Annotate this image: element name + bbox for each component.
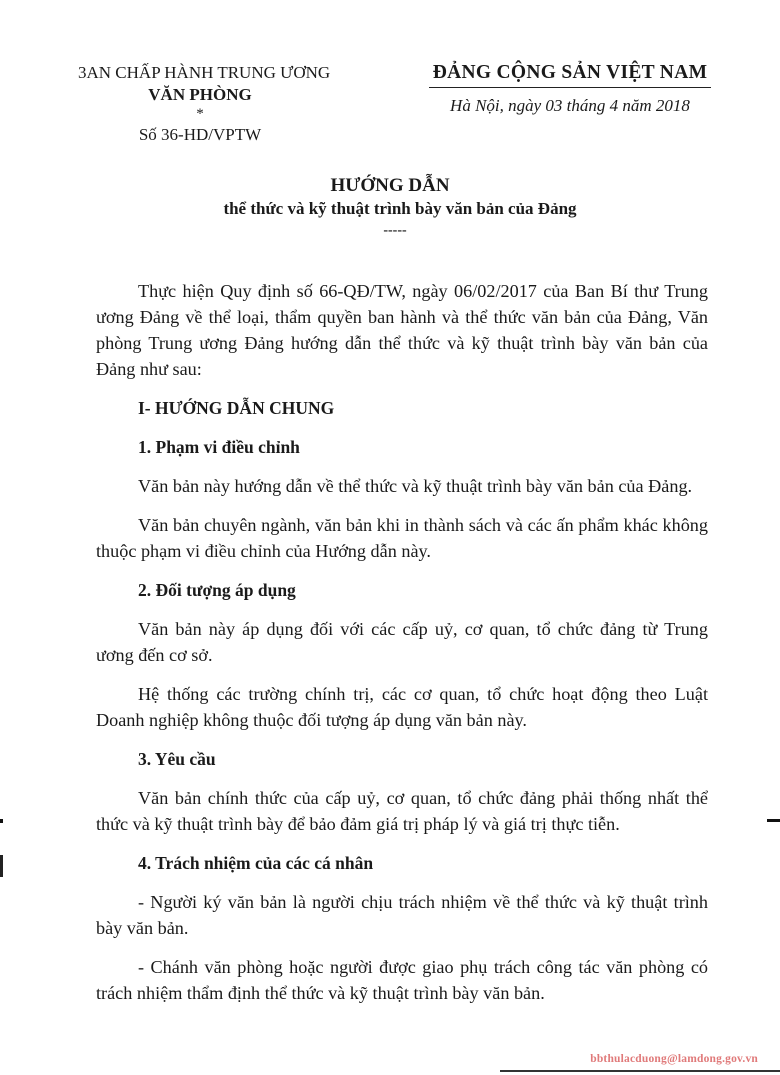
paragraph: - Người ký văn bản là người chịu trách n… (96, 889, 708, 941)
document-type-title: HƯỚNG DẪN (0, 174, 780, 198)
office-name: VĂN PHÒNG (80, 84, 320, 106)
subsection-heading-requirements: 3. Yêu cầu (138, 746, 708, 772)
paragraph: Văn bản này hướng dẫn về thể thức và kỹ … (96, 473, 708, 499)
document-subtitle: thể thức và kỹ thuật trình bày văn bản c… (20, 198, 780, 220)
document-title-block: HƯỚNG DẪN thể thức và kỹ thuật trình bày… (0, 174, 780, 238)
footer-email-watermark: bbthulacduong@lamdong.gov.vn (590, 1053, 758, 1065)
document-body: Thực hiện Quy định số 66-QĐ/TW, ngày 06/… (96, 278, 708, 1019)
subsection-heading-applicability: 2. Đối tượng áp dụng (138, 577, 708, 603)
section-heading: I- HƯỚNG DẪN CHUNG (138, 395, 708, 421)
party-name: ĐẢNG CỘNG SẢN VIỆT NAM (420, 60, 720, 86)
paragraph: Hệ thống các trường chính trị, các cơ qu… (96, 681, 708, 733)
intro-paragraph: Thực hiện Quy định số 66-QĐ/TW, ngày 06/… (96, 278, 708, 382)
organization-name: 3AN CHẤP HÀNH TRUNG ƯƠNG (78, 62, 320, 84)
paragraph: Văn bản chuyên ngành, văn bản khi in thà… (96, 512, 708, 564)
title-separator: ----- (10, 224, 780, 238)
paragraph: - Chánh văn phòng hoặc người được giao p… (96, 954, 708, 1006)
party-name-underline (429, 87, 711, 88)
scan-margin-mark (0, 819, 3, 823)
national-header-block: ĐẢNG CỘNG SẢN VIỆT NAM Hà Nội, ngày 03 t… (420, 60, 720, 116)
paragraph: Văn bản chính thức của cấp uỷ, cơ quan, … (96, 785, 708, 837)
scan-margin-mark (767, 819, 780, 822)
subsection-heading-scope: 1. Phạm vi điều chỉnh (138, 434, 708, 460)
place-and-date: Hà Nội, ngày 03 tháng 4 năm 2018 (420, 96, 720, 116)
star-separator: * (80, 106, 320, 122)
paragraph: Văn bản này áp dụng đối với các cấp uỷ, … (96, 616, 708, 668)
document-number: Số 36-HD/VPTW (80, 124, 320, 146)
scan-margin-mark (0, 855, 3, 877)
issuing-authority-block: 3AN CHẤP HÀNH TRUNG ƯƠNG VĂN PHÒNG * Số … (80, 62, 320, 146)
subsection-heading-responsibilities: 4. Trách nhiệm của các cá nhân (138, 850, 708, 876)
bottom-edge-line (500, 1070, 780, 1072)
